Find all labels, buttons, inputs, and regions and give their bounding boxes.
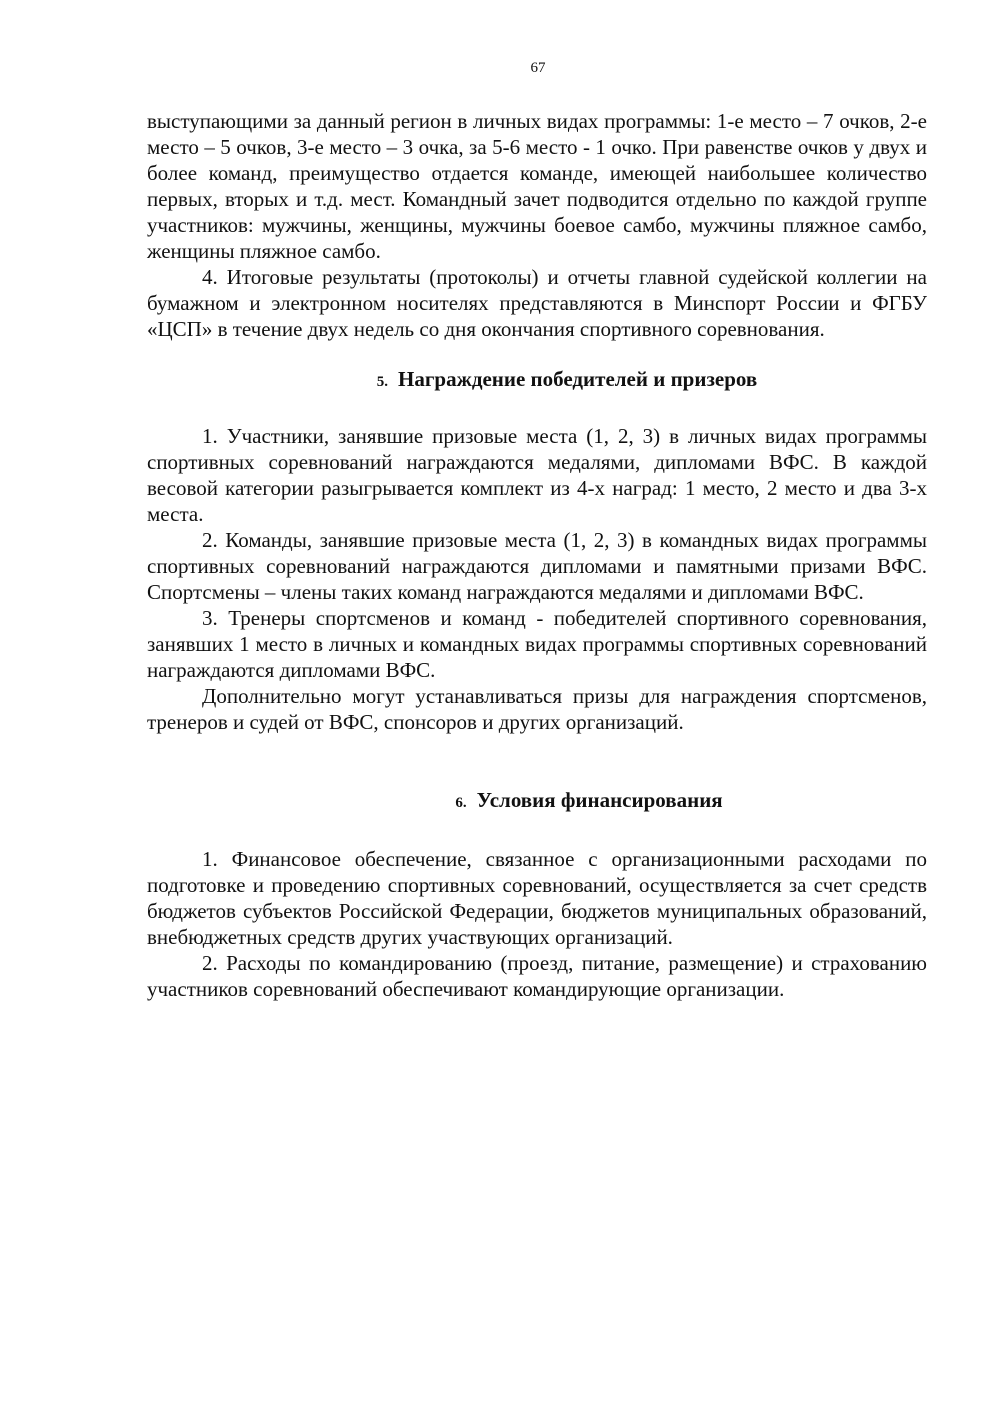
paragraph-final-results: 4. Итоговые результаты (протоколы) и отч…: [147, 264, 927, 342]
section-number: 6.: [455, 795, 466, 811]
document-body: выступающими за данный регион в личных в…: [147, 108, 927, 1002]
section-title: Награждение победителей и призеров: [398, 367, 757, 391]
paragraph-travel-expenses: 2. Расходы по командированию (проезд, пи…: [147, 950, 927, 1002]
paragraph-team-awards: 2. Команды, занявшие призовые места (1, …: [147, 527, 927, 605]
paragraph-continuation: выступающими за данный регион в личных в…: [147, 108, 927, 264]
paragraph-individual-awards: 1. Участники, занявшие призовые места (1…: [147, 423, 927, 527]
paragraph-coach-awards: 3. Тренеры спортсменов и команд - победи…: [147, 605, 927, 683]
section-number: 5.: [377, 374, 388, 390]
paragraph-additional-prizes: Дополнительно могут устанавливаться приз…: [147, 683, 927, 735]
section-heading-awards: 5.Награждение победителей и призеров: [147, 366, 927, 395]
section-title: Условия финансирования: [477, 788, 723, 812]
paragraph-financial-support: 1. Финансовое обеспечение, связанное с о…: [147, 846, 927, 950]
section-heading-financing: 6.Условия финансирования: [147, 787, 927, 816]
page-number: 67: [0, 60, 1000, 77]
